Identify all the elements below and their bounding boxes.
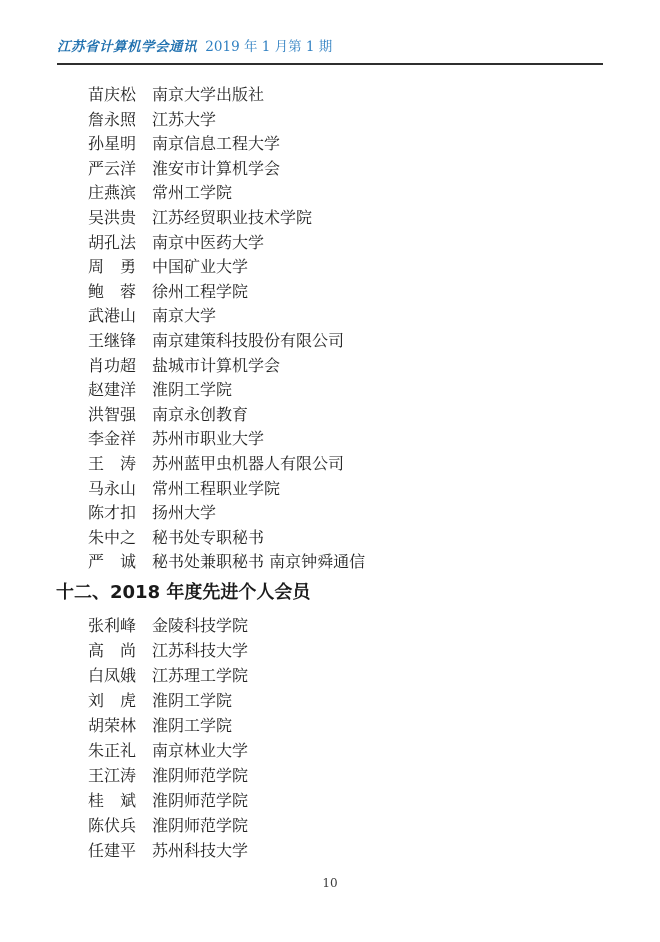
member-organization: 南京中医药大学 (152, 231, 264, 256)
member-row: 严云洋 淮安市计算机学会 (88, 157, 660, 182)
member-organization: 南京永创教育 (152, 403, 248, 428)
member-name: 肖功超 (88, 354, 136, 379)
member-organization: 中国矿业大学 (152, 255, 248, 280)
member-name: 赵建洋 (88, 378, 136, 403)
member-organization: 常州工学院 (152, 181, 232, 206)
member-row: 马永山 常州工程职业学院 (88, 477, 660, 502)
member-organization: 淮阴工学院 (152, 688, 232, 713)
member-row: 朱中之 秘书处专职秘书 (88, 526, 660, 551)
member-organization: 秘书处专职秘书 (152, 526, 264, 551)
member-row: 陈伏兵 淮阴师范学院 (88, 813, 660, 838)
member-row: 朱正礼 南京林业大学 (88, 738, 660, 763)
member-row: 王继锋 南京建策科技股份有限公司 (88, 329, 660, 354)
member-row: 周 勇 中国矿业大学 (88, 255, 660, 280)
member-row: 张利峰 金陵科技学院 (88, 613, 660, 638)
member-name: 王江涛 (88, 763, 136, 788)
member-row: 王江涛 淮阴师范学院 (88, 763, 660, 788)
member-list-advanced-individuals: 张利峰 金陵科技学院 高 尚 江苏科技大学 白凤娥 江苏理工学院 刘 虎 淮阴工… (88, 613, 660, 863)
member-organization: 扬州大学 (152, 501, 216, 526)
member-row: 胡荣林 淮阴工学院 (88, 713, 660, 738)
member-row: 肖功超 盐城市计算机学会 (88, 354, 660, 379)
journal-title: 江苏省计算机学会通讯 (57, 39, 197, 55)
member-row: 王 涛 苏州蓝甲虫机器人有限公司 (88, 452, 660, 477)
member-name: 苗庆松 (88, 83, 136, 108)
member-name: 朱中之 (88, 526, 136, 551)
member-organization: 南京建策科技股份有限公司 (152, 329, 344, 354)
member-name: 任建平 (88, 838, 136, 863)
member-row: 孙星明 南京信息工程大学 (88, 132, 660, 157)
member-row: 武港山 南京大学 (88, 304, 660, 329)
member-organization: 盐城市计算机学会 (152, 354, 280, 379)
member-name: 李金祥 (88, 427, 136, 452)
member-row: 庄燕滨 常州工学院 (88, 181, 660, 206)
member-name: 周 勇 (88, 255, 136, 280)
member-organization: 徐州工程学院 (152, 280, 248, 305)
member-name: 庄燕滨 (88, 181, 136, 206)
member-list-continued: 苗庆松 南京大学出版社 詹永照 江苏大学 孙星明 南京信息工程大学 严云洋 淮安… (88, 83, 660, 575)
member-organization: 常州工程职业学院 (152, 477, 280, 502)
member-name: 胡荣林 (88, 713, 136, 738)
member-name: 白凤娥 (88, 663, 136, 688)
member-organization: 南京信息工程大学 (152, 132, 280, 157)
member-name: 武港山 (88, 304, 136, 329)
member-row: 詹永照 江苏大学 (88, 108, 660, 133)
member-name: 鲍 蓉 (88, 280, 136, 305)
member-organization: 江苏理工学院 (152, 663, 248, 688)
member-name: 胡孔法 (88, 231, 136, 256)
member-row: 苗庆松 南京大学出版社 (88, 83, 660, 108)
member-row: 胡孔法 南京中医药大学 (88, 231, 660, 256)
member-name: 孙星明 (88, 132, 136, 157)
member-organization: 淮安市计算机学会 (152, 157, 280, 182)
member-organization: 秘书处兼职秘书 南京钟舜通信 (152, 550, 365, 575)
member-row: 严 诚 秘书处兼职秘书 南京钟舜通信 (88, 550, 660, 575)
member-name: 王继锋 (88, 329, 136, 354)
member-organization: 淮阴师范学院 (152, 788, 248, 813)
member-row: 吴洪贵 江苏经贸职业技术学院 (88, 206, 660, 231)
member-organization: 南京林业大学 (152, 738, 248, 763)
member-row: 任建平 苏州科技大学 (88, 838, 660, 863)
member-row: 刘 虎 淮阴工学院 (88, 688, 660, 713)
member-organization: 苏州市职业大学 (152, 427, 264, 452)
member-row: 高 尚 江苏科技大学 (88, 638, 660, 663)
member-name: 詹永照 (88, 108, 136, 133)
member-name: 洪智强 (88, 403, 136, 428)
member-name: 马永山 (88, 477, 136, 502)
document-page: 江苏省计算机学会通讯 2019 年 1 月第 1 期 苗庆松 南京大学出版社 詹… (0, 0, 660, 942)
member-organization: 淮阴师范学院 (152, 763, 248, 788)
member-organization: 江苏经贸职业技术学院 (152, 206, 312, 231)
member-row: 李金祥 苏州市职业大学 (88, 427, 660, 452)
member-organization: 苏州蓝甲虫机器人有限公司 (152, 452, 344, 477)
member-organization: 江苏科技大学 (152, 638, 248, 663)
member-organization: 苏州科技大学 (152, 838, 248, 863)
member-name: 陈伏兵 (88, 813, 136, 838)
member-name: 张利峰 (88, 613, 136, 638)
section-heading-advanced-individual-members: 十二、2018 年度先进个人会员 (56, 581, 660, 605)
member-row: 洪智强 南京永创教育 (88, 403, 660, 428)
issue-info: 2019 年 1 月第 1 期 (205, 39, 332, 55)
member-name: 朱正礼 (88, 738, 136, 763)
member-name: 吴洪贵 (88, 206, 136, 231)
member-name: 严云洋 (88, 157, 136, 182)
member-organization: 南京大学出版社 (152, 83, 264, 108)
member-organization: 淮阴工学院 (152, 713, 232, 738)
member-organization: 淮阴师范学院 (152, 813, 248, 838)
member-name: 严 诚 (88, 550, 136, 575)
member-name: 桂 斌 (88, 788, 136, 813)
member-row: 陈才扣 扬州大学 (88, 501, 660, 526)
page-number: 10 (0, 876, 660, 890)
member-organization: 金陵科技学院 (152, 613, 248, 638)
member-organization: 江苏大学 (152, 108, 216, 133)
member-row: 鲍 蓉 徐州工程学院 (88, 280, 660, 305)
member-row: 桂 斌 淮阴师范学院 (88, 788, 660, 813)
member-organization: 淮阴工学院 (152, 378, 232, 403)
member-row: 赵建洋 淮阴工学院 (88, 378, 660, 403)
member-name: 陈才扣 (88, 501, 136, 526)
member-name: 王 涛 (88, 452, 136, 477)
member-name: 高 尚 (88, 638, 136, 663)
member-name: 刘 虎 (88, 688, 136, 713)
page-header: 江苏省计算机学会通讯 2019 年 1 月第 1 期 (57, 0, 603, 65)
member-organization: 南京大学 (152, 304, 216, 329)
member-row: 白凤娥 江苏理工学院 (88, 663, 660, 688)
